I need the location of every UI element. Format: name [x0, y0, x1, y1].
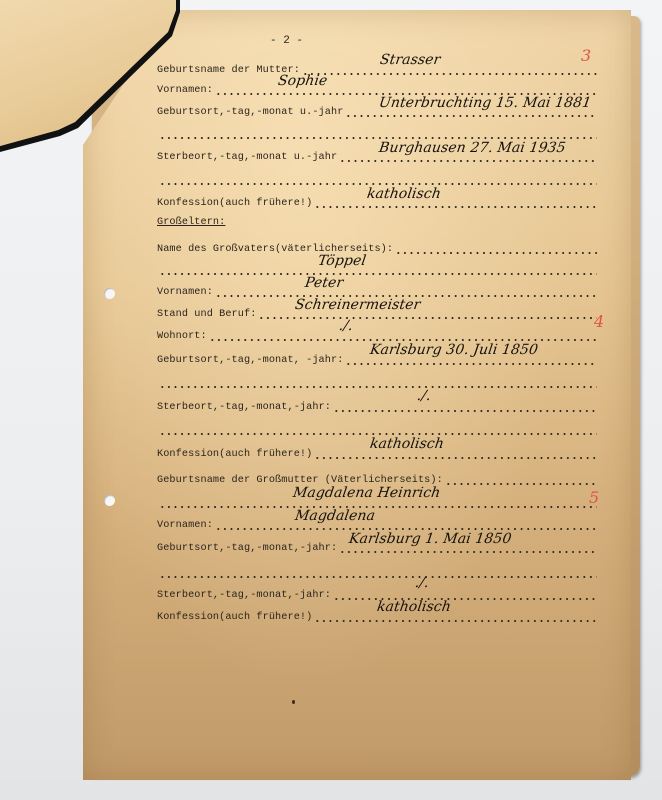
mother-first-names-row: Vornamen: — [157, 80, 597, 96]
grandfather-residence-row: Wohnort: — [157, 326, 597, 342]
grandmother-birth-name-value: Magdalena Heinrich — [292, 485, 442, 501]
margin-mark-3: 3 — [581, 46, 591, 65]
mother-birth-label: Geburtsort,-tag,-monat u.-jahr — [157, 107, 343, 118]
grandmother-first-names-row: Vornamen: — [157, 515, 597, 531]
grandmother-first-names-value: Magdalena — [294, 508, 376, 524]
grandfather-occupation-label: Stand und Beruf: — [157, 309, 256, 320]
grandfather-occupation-value: Schreinermeister — [294, 297, 422, 313]
grandfather-death-label: Sterbeort,-tag,-monat,-jahr: — [157, 402, 331, 413]
grandfather-first-names-value: Peter — [304, 275, 344, 291]
grandmother-birth-row-continued — [157, 563, 597, 579]
mother-first-names-label: Vornamen: — [157, 85, 213, 96]
grandfather-birth-value: Karlsburg 30. Juli 1850 — [369, 342, 539, 358]
grandfather-birth-row-continued — [157, 373, 597, 389]
grandfather-residence-label: Wohnort: — [157, 331, 207, 342]
grandfather-name-row: Name des Großvaters(väterlicherseits): — [157, 239, 597, 255]
grandfather-death-value: ./. — [416, 388, 432, 404]
grandfather-residence-value: ./. — [338, 318, 354, 334]
page-number: - 2 - — [270, 35, 303, 47]
grandmother-religion-label: Konfession(auch frühere!) — [157, 612, 312, 623]
grandfather-religion-value: katholisch — [369, 436, 445, 452]
grandfather-name-value: Töppel — [317, 253, 367, 269]
mother-death-label: Sterbeort,-tag,-monat u.-jahr — [157, 152, 337, 163]
mother-birth-name-row: Geburtsname der Mutter: — [157, 60, 597, 76]
mother-birth-row-continued — [157, 124, 597, 140]
grandfather-death-row: Sterbeort,-tag,-monat,-jahr: — [157, 397, 597, 413]
grandfather-birth-label: Geburtsort,-tag,-monat, -jahr: — [157, 355, 343, 366]
grandmother-birth-label: Geburtsort,-tag,-monat,-jahr: — [157, 543, 337, 554]
mother-death-row-continued — [157, 170, 597, 186]
mother-religion-label: Konfession(auch frühere!) — [157, 198, 312, 209]
grandfather-death-row-continued — [157, 420, 597, 436]
grandmother-birth-name-row: Geburtsname der Großmutter (Väterlichers… — [157, 470, 597, 486]
mother-death-value: Burghausen 27. Mai 1935 — [378, 140, 567, 156]
grandmother-birth-value: Karlsburg 1. Mai 1850 — [348, 531, 513, 547]
grandfather-name-row-continued — [157, 260, 597, 276]
grandmother-death-label: Sterbeort,-tag,-monat,-jahr: — [157, 590, 331, 601]
grandmother-death-value: ./. — [414, 575, 430, 591]
mother-birth-value: Unterbruchting 15. Mai 1881 — [378, 95, 592, 111]
grandmother-first-names-label: Vornamen: — [157, 520, 213, 531]
mother-religion-value: katholisch — [366, 186, 442, 202]
punch-hole-bottom — [104, 495, 115, 506]
grandmother-death-row: Sterbeort,-tag,-monat,-jahr: — [157, 585, 597, 601]
grandfather-first-names-row: Vornamen: — [157, 282, 597, 298]
ink-speck — [292, 700, 295, 704]
mother-birth-name-value: Strasser — [379, 52, 442, 68]
grandparents-heading: Großeltern: — [157, 217, 225, 228]
margin-mark-5: 5 — [589, 488, 599, 507]
grandfather-first-names-label: Vornamen: — [157, 287, 213, 298]
grandfather-religion-label: Konfession(auch frühere!) — [157, 449, 312, 460]
grandmother-religion-value: katholisch — [376, 599, 452, 615]
mother-first-names-value: Sophie — [277, 73, 329, 89]
punch-hole-top — [104, 288, 115, 299]
